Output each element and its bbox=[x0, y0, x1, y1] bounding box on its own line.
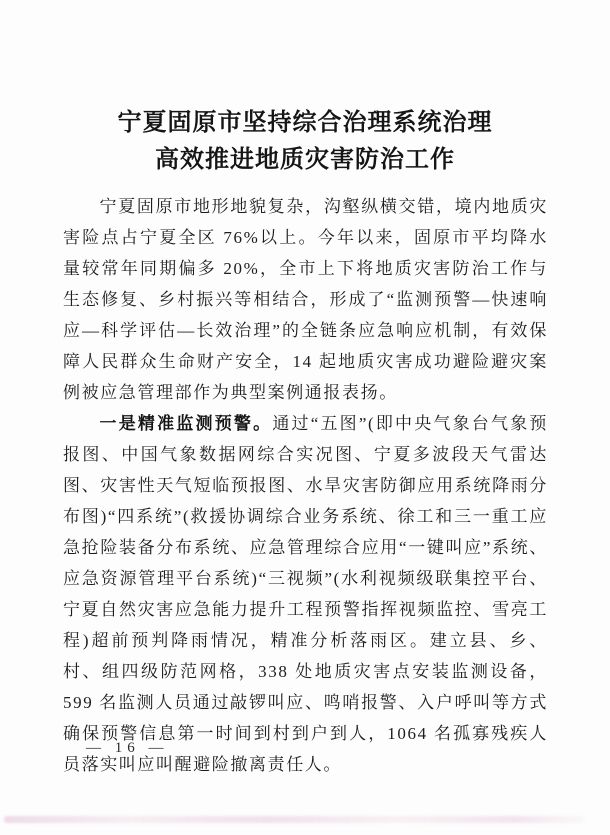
document-body: 宁夏固原市地形地貌复杂，沟壑纵横交错，境内地质灾害险点占宁夏全区 76%以上。今… bbox=[63, 191, 548, 780]
paragraph-monitoring-lead: 一是精准监测预警。 bbox=[100, 414, 273, 433]
scan-artifact-band bbox=[4, 816, 584, 823]
document-page: 宁夏固原市坚持综合治理系统治理 高效推进地质灾害防治工作 宁夏固原市地形地貌复杂… bbox=[0, 0, 610, 835]
page-number: — 16 — bbox=[86, 740, 169, 757]
paragraph-monitoring-text: 通过“五图”(即中央气象台气象预报图、中国气象数据网综合实况图、宁夏多波段天气雷… bbox=[63, 414, 548, 774]
document-title-line-2: 高效推进地质灾害防治工作 bbox=[0, 142, 610, 179]
document-title-line-1: 宁夏固原市坚持综合治理系统治理 bbox=[0, 105, 610, 142]
paragraph-intro: 宁夏固原市地形地貌复杂，沟壑纵横交错，境内地质灾害险点占宁夏全区 76%以上。今… bbox=[63, 191, 548, 408]
paragraph-intro-text: 宁夏固原市地形地貌复杂，沟壑纵横交错，境内地质灾害险点占宁夏全区 76%以上。今… bbox=[63, 197, 548, 402]
document-title: 宁夏固原市坚持综合治理系统治理 高效推进地质灾害防治工作 bbox=[0, 0, 610, 179]
paragraph-monitoring: 一是精准监测预警。通过“五图”(即中央气象台气象预报图、中国气象数据网综合实况图… bbox=[63, 408, 548, 780]
